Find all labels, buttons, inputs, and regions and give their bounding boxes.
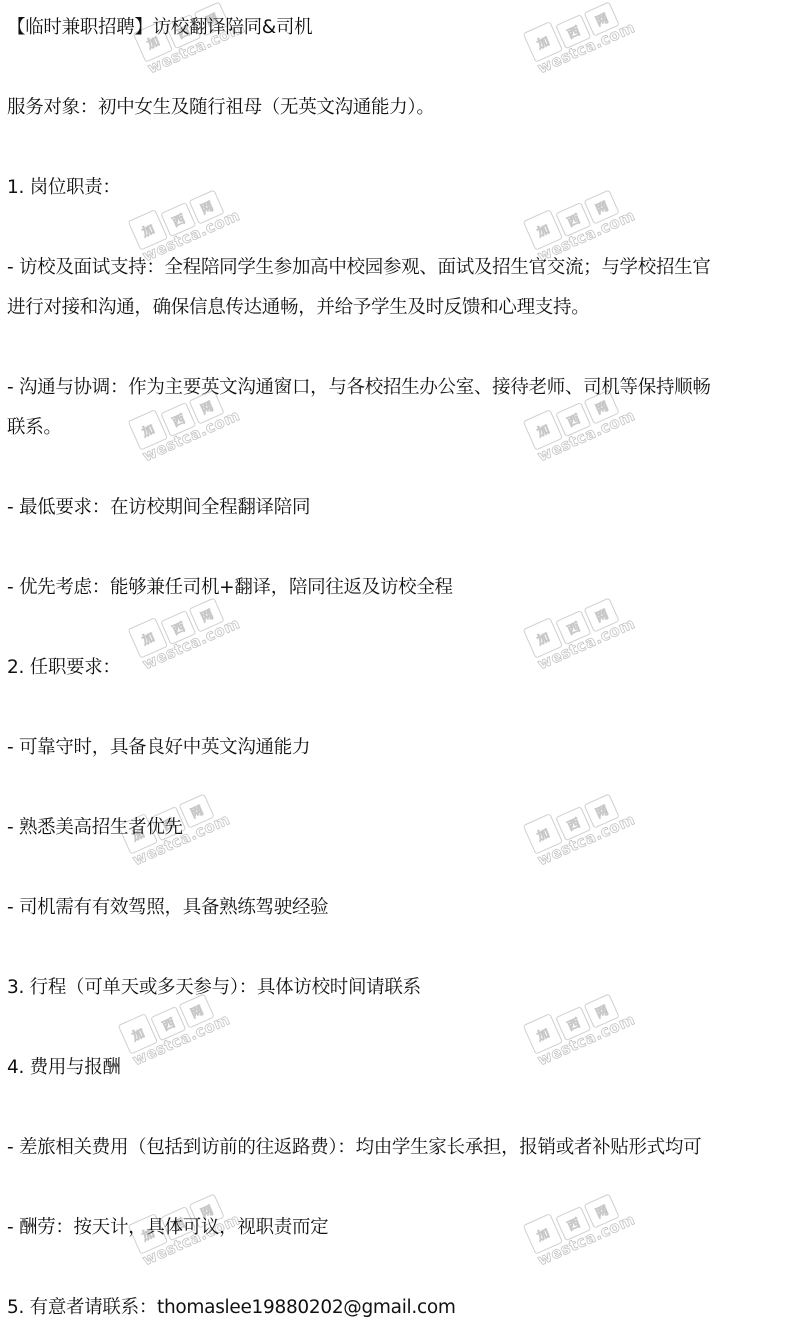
watermark-text: westca.com [140,403,250,465]
watermark-glyph: 加 [523,1013,563,1054]
watermark-text: westca.com [130,1007,240,1069]
watermark-glyph: 网 [189,189,225,224]
watermark-text: westca.com [535,807,645,869]
watermark-glyph: 加 [128,409,168,450]
watermark-glyph: 西 [555,14,591,49]
watermark-glyph: 西 [555,1206,591,1241]
watermark-glyph: 网 [584,993,620,1028]
watermark-logo: 加西网 westca.com [523,980,650,1080]
watermark-logo: 加西网 westca.com [523,0,650,88]
list-item: - 熟悉美高招生者优先 [7,816,183,840]
watermark-glyph: 西 [160,610,196,645]
watermark-glyph: 加 [118,1013,158,1054]
watermark-text: westca.com [535,1207,645,1269]
list-item: - 差旅相关费用（包括到访前的往返路费）：均由学生家长承担，报销或者补贴形式均可 [7,1136,701,1160]
watermark-glyph: 网 [584,189,620,224]
watermark-glyph: 加 [523,617,563,658]
section-heading-compensation: 4. 费用与报酬 [7,1056,121,1080]
watermark-glyph: 网 [179,793,215,828]
list-item-continuation: 进行对接和沟通，确保信息传达通畅，并给予学生及时反馈和心理支持。 [7,296,589,320]
watermark-glyph: 西 [160,402,196,437]
watermark-glyph: 西 [555,402,591,437]
list-item: - 酬劳：按天计，具体可议，视职责而定 [7,1216,328,1240]
watermark-glyph: 加 [523,209,563,250]
watermark-logo: 加西网 westca.com [523,1180,650,1280]
list-item: - 可靠守时，具备良好中英文沟通能力 [7,736,310,760]
watermark-glyph: 西 [150,1006,186,1041]
contact-line: 5. 有意者请联系：thomaslee19880202@gmail.com [7,1296,456,1320]
watermark-glyph: 加 [128,617,168,658]
watermark-text: westca.com [535,15,645,77]
service-target: 服务对象：初中女生及随行祖母（无英文沟通能力）。 [7,96,435,120]
watermark-text: westca.com [535,403,645,465]
list-item: - 访校及面试支持：全程陪同学生参加高中校园参观、面试及招生官交流；与学校招生官 [7,256,711,280]
watermark-glyph: 加 [128,209,168,250]
watermark-glyph: 网 [584,597,620,632]
watermark-glyph: 西 [555,806,591,841]
list-item: - 最低要求：在访校期间全程翻译陪同 [7,496,310,520]
watermark-glyph: 加 [523,409,563,450]
watermark-glyph: 加 [523,1213,563,1254]
section-heading-requirements: 2. 任职要求： [7,656,121,680]
document-title: 【临时兼职招聘】访校翻译陪同&司机 [7,16,312,40]
watermark-glyph: 西 [555,610,591,645]
watermark-text: westca.com [140,611,250,673]
list-item: - 司机需有有效驾照，具备熟练驾驶经验 [7,896,328,920]
list-item: - 优先考虑：能够兼任司机+翻译，陪同往返及访校全程 [7,576,453,600]
watermark-glyph: 网 [584,1193,620,1228]
list-item: - 沟通与协调：作为主要英文沟通窗口，与各校招生办公室、接待老师、司机等保持顺畅 [7,376,711,400]
list-item-continuation: 联系。 [7,416,62,440]
job-posting-document: 【临时兼职招聘】访校翻译陪同&司机 服务对象：初中女生及随行祖母（无英文沟通能力… [0,0,800,1336]
watermark-glyph: 网 [189,597,225,632]
watermark-glyph: 西 [555,202,591,237]
watermark-logo: 加西网 westca.com [523,584,650,684]
watermark-text: westca.com [535,1007,645,1069]
watermark-glyph: 加 [523,21,563,62]
watermark-glyph: 网 [584,793,620,828]
watermark-glyph: 网 [584,1,620,36]
watermark-logo: 加西网 westca.com [523,780,650,880]
watermark-glyph: 西 [160,202,196,237]
section-heading-responsibilities: 1. 岗位职责： [7,176,121,200]
watermark-glyph: 加 [523,813,563,854]
watermark-glyph: 西 [555,1006,591,1041]
section-heading-schedule: 3. 行程（可单天或多天参与）：具体访校时间请联系 [7,976,421,1000]
watermark-text: westca.com [535,611,645,673]
watermark-logo: 加西网 westca.com [133,0,260,88]
